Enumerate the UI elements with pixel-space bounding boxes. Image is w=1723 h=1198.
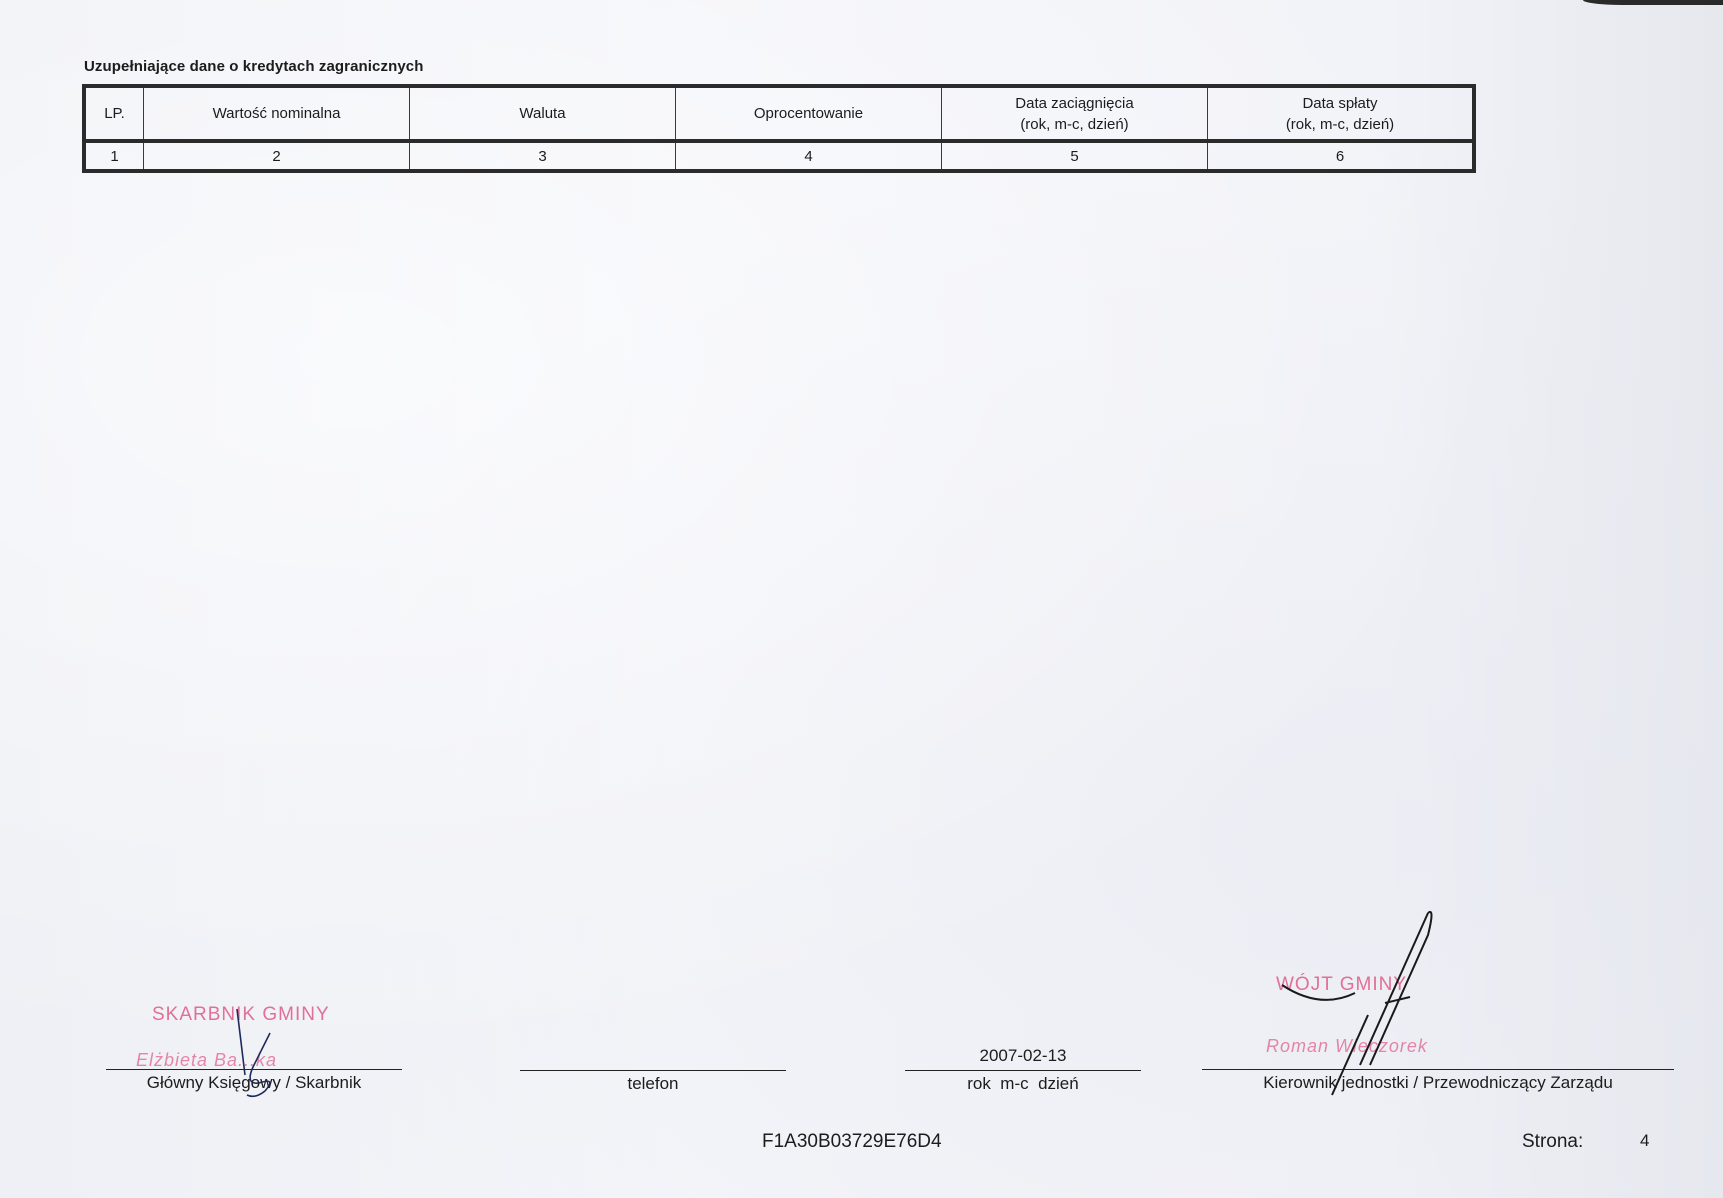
section-title: Uzupełniające dane o kredytach zagranicz… <box>84 58 424 75</box>
header-repayment-date: Data spłaty (rok, m-c, dzień) <box>1208 86 1475 141</box>
page-label: Strona: <box>1522 1131 1583 1153</box>
header-sublabel: (rok, m-c, dzień) <box>942 114 1207 135</box>
header-label: Oprocentowanie <box>754 105 863 122</box>
header-sublabel: (rok, m-c, dzień) <box>1208 114 1472 135</box>
header-interest: Oprocentowanie <box>676 86 942 141</box>
header-date-taken: Data zaciągnięcia (rok, m-c, dzień) <box>942 86 1208 141</box>
column-number: 1 <box>84 141 144 171</box>
table-header-row: LP. Wartość nominalna Waluta Oprocentowa… <box>84 86 1474 141</box>
header-label: Waluta <box>519 105 565 122</box>
column-number: 3 <box>410 141 676 171</box>
column-number: 5 <box>942 141 1208 171</box>
head-label: Kierownik jednostki / Przewodniczący Zar… <box>1202 1073 1674 1093</box>
date-value: 2007-02-13 <box>905 1046 1141 1066</box>
phone-label: telefon <box>520 1074 786 1094</box>
head-signature-line <box>1202 1069 1674 1070</box>
header-nominal-value: Wartość nominalna <box>144 86 410 141</box>
foreign-credits-table: LP. Wartość nominalna Waluta Oprocentowa… <box>82 84 1476 173</box>
document-code: F1A30B03729E76D4 <box>762 1131 942 1153</box>
page-number: 4 <box>1640 1131 1649 1151</box>
accountant-label: Główny Księgowy / Skarbnik <box>106 1073 402 1093</box>
header-currency: Waluta <box>410 86 676 141</box>
accountant-stamp-title: SKARBNIK GMINY <box>152 1004 330 1026</box>
date-line <box>905 1070 1141 1071</box>
accountant-signature-line <box>106 1069 402 1070</box>
column-number-row: 1 2 3 4 5 6 <box>84 141 1474 171</box>
header-label: LP. <box>104 105 125 122</box>
phone-line <box>520 1070 786 1071</box>
head-stamp-name: Roman Wieczorek <box>1266 1036 1428 1057</box>
column-number: 4 <box>676 141 942 171</box>
column-number: 2 <box>144 141 410 171</box>
header-label: Data spłaty <box>1208 93 1472 114</box>
scan-edge-shadow <box>1583 0 1723 5</box>
head-stamp-title: WÓJT GMINY <box>1276 974 1407 996</box>
column-number: 6 <box>1208 141 1475 171</box>
accountant-stamp-name: Elżbieta Ba...ka <box>136 1050 277 1071</box>
date-label: rok m-c dzień <box>905 1074 1141 1094</box>
header-lp: LP. <box>84 86 144 141</box>
header-label: Data zaciągnięcia <box>942 93 1207 114</box>
header-label: Wartość nominalna <box>213 105 341 122</box>
